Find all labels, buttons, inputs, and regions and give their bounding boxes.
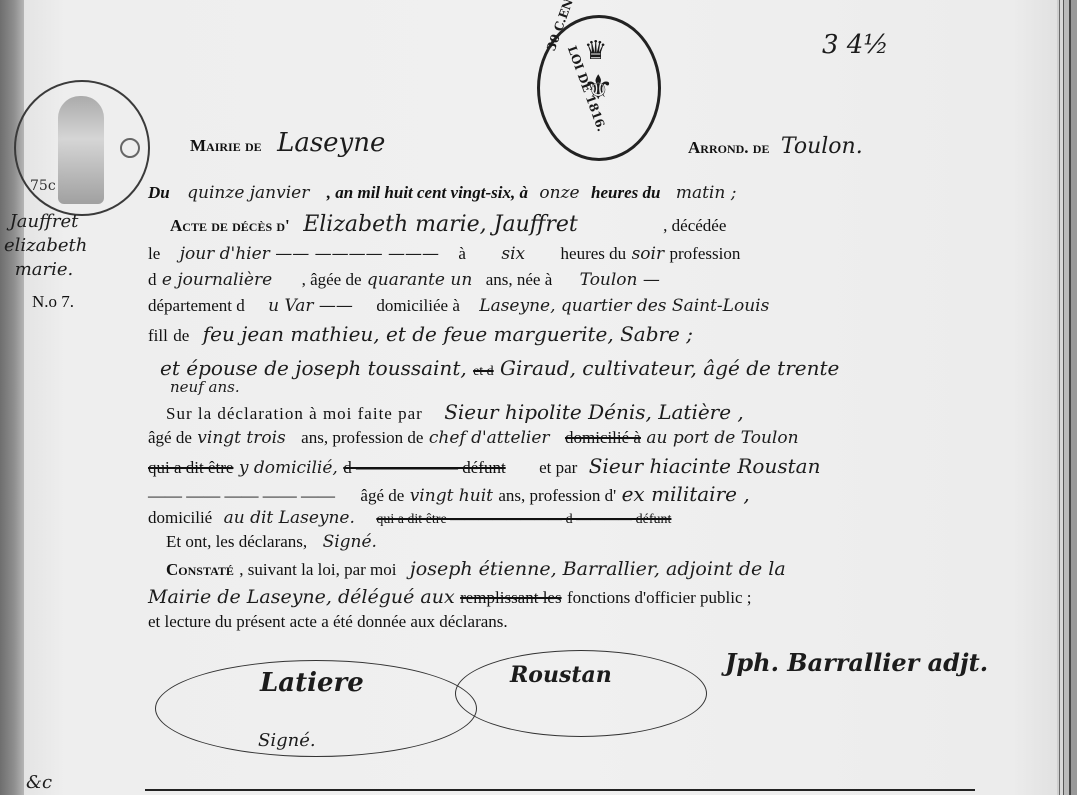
arrond-line: Arrond. de Toulon.	[688, 134, 863, 159]
tax-stamp-left: 75c	[14, 80, 150, 216]
label-fille: fill	[148, 326, 168, 345]
mairie-value: Laseyne	[277, 128, 385, 158]
struck-text: d —————— défunt	[343, 458, 505, 477]
fiscal-stamp-fleur-de-lis: 30 C.EN SUS LOI DE 1816. ♛ ⚜	[537, 15, 661, 161]
parents-line: fill de feu jean mathieu, et de feue mar…	[148, 322, 693, 346]
death-time-of-day: soir	[632, 244, 665, 264]
record-time-of-day: matin ;	[676, 183, 737, 203]
label-domiciliee: domiciliée à	[376, 296, 460, 315]
orb-icon	[120, 138, 140, 158]
officer-name: joseph étienne, Barrallier, adjoint de l…	[410, 558, 786, 580]
mairie-line: Mairie de Laseyne	[190, 128, 385, 158]
signature-roustan: Roustan	[510, 662, 612, 688]
spouse-name: et épouse de joseph toussaint,	[160, 356, 467, 380]
margin-name-note: Jauffret elizabeth marie.	[4, 210, 84, 282]
label-profession-de: ans, profession de	[301, 428, 423, 447]
function-line: Mairie de Laseyne, délégué aux remplissa…	[148, 586, 752, 608]
document-page: 75c 30 C.EN SUS LOI DE 1816. ♛ ⚜ 3 4½ Ja…	[0, 0, 1077, 795]
margin-middlename: marie.	[4, 258, 84, 282]
mairie-label: Mairie de	[190, 136, 262, 155]
lecture-line: et lecture du présent acte a été donnée …	[148, 612, 508, 632]
parents-names: feu jean mathieu, et de feue marguerite,…	[203, 322, 693, 346]
spouse-surname-occupation: Giraud, cultivateur, âgé de trente	[500, 356, 839, 380]
label-profession: profession	[670, 244, 741, 263]
filler-dashes: —— —— —— —— ——	[148, 486, 335, 505]
death-hour: six	[501, 244, 525, 264]
label-fonctions: fonctions d'officier public ;	[567, 588, 752, 607]
entry-number: N.o 7.	[32, 292, 74, 312]
label-profession-d: ans, profession d'	[498, 486, 616, 505]
declarant1-age: vingt trois	[197, 428, 285, 448]
arrond-value: Toulon.	[781, 134, 863, 159]
signature-barrallier: Jph. Barrallier adjt.	[725, 648, 988, 677]
deceased-age: quarante un	[367, 270, 472, 290]
label-year: , an mil huit cent vingt-six, à	[327, 183, 528, 202]
label-agee-de: , âgée de	[302, 270, 362, 289]
label-et-ont: Et ont, les déclarans,	[166, 532, 307, 551]
margin-surname: Jauffret	[4, 210, 84, 234]
label-suivant-la-loi: , suivant la loi, par moi	[239, 560, 396, 579]
stamp-price: 75c	[30, 178, 56, 194]
label-hours: heures du	[591, 183, 660, 202]
spouse-line: et épouse de joseph toussaint, et d Gira…	[160, 356, 839, 380]
struck-text: qui a dit être ———————— d ———— défunt	[376, 512, 671, 527]
label-heures-du: heures du	[561, 244, 627, 263]
date-line: Du quinze janvier , an mil huit cent vin…	[148, 183, 736, 203]
domicile: Laseyne, quartier des Saint-Louis	[479, 296, 769, 316]
deceased-line: Acte de décès d' Elizabeth marie, Jauffr…	[170, 212, 726, 237]
profession-line: d e journalière , âgée de quarante un an…	[148, 270, 660, 290]
fleur-de-lis-icon: ⚜	[583, 68, 613, 108]
constate-line: Constaté , suivant la loi, par moi josep…	[166, 558, 786, 580]
signature-subnote: Signé.	[258, 730, 316, 751]
declarant2-profession: ex militaire ,	[622, 482, 750, 506]
stamp-text-left: 30 C.EN SUS	[544, 0, 587, 53]
signature-latiere: Latiere	[260, 668, 364, 698]
label-le: le	[148, 244, 160, 263]
struck-text: domicilié à	[565, 428, 641, 447]
declarant1-domicile-note: y domicilié,	[239, 458, 338, 478]
declarant2-age: vingt huit	[410, 486, 493, 506]
label-du: Du	[148, 183, 170, 202]
second-declarant: Sieur hiacinte Roustan	[589, 454, 821, 478]
department: u Var ——	[268, 296, 353, 316]
declarant2-domicile: au dit Laseyne.	[224, 508, 355, 528]
arrond-label: Arrond. de	[688, 138, 769, 157]
next-entry-fragment: &c	[26, 772, 52, 793]
label-d: d	[148, 270, 157, 289]
declaration-line: Sur la déclaration à moi faite par Sieur…	[166, 400, 744, 424]
department-line: département d u Var —— domiciliée à Lase…	[148, 296, 769, 316]
label-age-de: âgé de	[148, 428, 192, 447]
label-nee-a: ans, née à	[486, 270, 553, 289]
bottom-rule	[145, 789, 975, 791]
label-declaration: Sur la déclaration à moi faite par	[166, 404, 423, 423]
declarant1-domicile: au port de Toulon	[646, 428, 798, 448]
label-de: de	[173, 326, 189, 345]
first-declarant: Sieur hipolite Dénis, Latière ,	[444, 400, 744, 424]
declarant1-line: âgé de vingt trois ans, profession de ch…	[148, 428, 799, 448]
label-domicilie: domicilié	[148, 508, 212, 527]
struck-text: remplissant les	[460, 588, 562, 607]
label-et-par: et par	[539, 458, 577, 477]
deceased-name: Elizabeth marie, Jauffret	[303, 212, 578, 237]
margin-firstname: elizabeth	[4, 234, 84, 258]
declarant1-profession: chef d'attelier	[429, 428, 550, 448]
birthplace: Toulon —	[580, 270, 660, 290]
struck-text: qui a dit être	[148, 458, 233, 477]
label-decedee: , décédée	[663, 216, 726, 235]
declarant2-line: —— —— —— —— —— âgé de vingt huit ans, pr…	[148, 482, 750, 506]
record-hour: onze	[539, 183, 579, 203]
declarant2-intro-line: qui a dit être y domicilié, d —————— déf…	[148, 454, 820, 478]
declarant2-domicile-line: domicilié au dit Laseyne. qui a dit être…	[148, 508, 671, 528]
death-record-date: quinze janvier	[187, 183, 309, 203]
label-a: à	[458, 244, 466, 263]
officer-role: Mairie de Laseyne, délégué aux	[148, 586, 455, 608]
label-age-de: âgé de	[360, 486, 404, 505]
death-time-line: le jour d'hier —— ———— ——— à six heures …	[148, 244, 740, 264]
signed-note: Signé.	[323, 532, 377, 552]
death-day: jour d'hier —— ———— ———	[180, 244, 439, 264]
label-departement: département d	[148, 296, 245, 315]
label-acte-de-deces: Acte de décès d'	[170, 216, 290, 235]
struck-text: et d	[473, 364, 494, 379]
crown-icon: ♛	[584, 36, 607, 66]
top-reference-number: 3 4½	[822, 30, 889, 60]
allegorical-figure-icon	[58, 96, 104, 204]
page-edge-right	[1057, 0, 1077, 795]
signed-line: Et ont, les déclarans, Signé.	[166, 532, 377, 552]
spouse-age: neuf ans.	[170, 378, 240, 396]
deceased-profession: e journalière	[162, 270, 272, 290]
label-constate: Constaté	[166, 560, 234, 579]
